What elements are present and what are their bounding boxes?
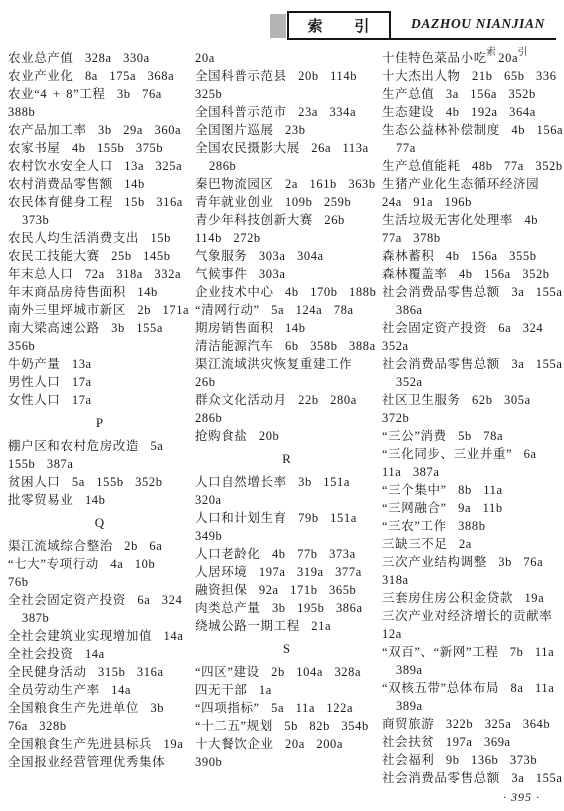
index-entry: 农村饮水安全人口 13a 325a xyxy=(8,157,191,175)
index-entry: 11a 387a xyxy=(382,463,564,481)
index-entry: 人口自然增长率 3b 151a xyxy=(195,473,378,491)
index-entry: 青少年科技创新大赛 26b xyxy=(195,211,378,229)
index-entry: 商贸旅游 322b 325a 364b xyxy=(382,715,564,733)
index-entry: 325b xyxy=(195,85,378,103)
index-entry: 女性人口 17a xyxy=(8,391,191,409)
index-entry: 生活垃圾无害化处理率 4b xyxy=(382,211,564,229)
index-entry: “七大”专项行动 4a 10b xyxy=(8,555,191,573)
index-entry: 农民工技能大赛 25b 145b xyxy=(8,247,191,265)
index-entry: 社会福利 9b 136b 373b xyxy=(382,751,564,769)
index-entry: 农民人均生活消费支出 15b xyxy=(8,229,191,247)
index-entry: 356b xyxy=(8,337,191,355)
section-letter: Q xyxy=(8,514,191,532)
index-entry: 全国粮食生产先进单位 3b xyxy=(8,699,191,717)
index-entry: 全国科普示范市 23a 334a xyxy=(195,103,378,121)
index-entry: 农业产业化 8a 175a 368a xyxy=(8,67,191,85)
index-entry: 十大餐饮企业 20a 200a xyxy=(195,735,378,753)
index-column-2: 20a全国科普示范县 20b 114b325b全国科普示范市 23a 334a全… xyxy=(195,49,378,787)
index-entry: 贫困人口 5a 155b 352b xyxy=(8,473,191,491)
index-entry: 社会消费品零售总额 3a 155a xyxy=(382,355,564,373)
index-entry: 全员劳动生产率 14a xyxy=(8,681,191,699)
index-entry: 76b xyxy=(8,573,191,591)
index-entry: 农民体育健身工程 15b 316a xyxy=(8,193,191,211)
index-entry: 融资担保 92a 171b 365b xyxy=(195,581,378,599)
index-entry: 352a xyxy=(382,337,564,355)
index-entry: 386a xyxy=(382,301,564,319)
index-entry: “四区”建设 2b 104a 328a xyxy=(195,663,378,681)
index-entry: 全国图片巡展 23b xyxy=(195,121,378,139)
index-entry: 生产总值能耗 48b 77a 352b xyxy=(382,157,564,175)
index-entry: 77a 378b xyxy=(382,229,564,247)
index-entry: 388b xyxy=(8,103,191,121)
index-entry: 社会固定资产投资 6a 324 xyxy=(382,319,564,337)
index-entry: 全国粮食生产先进县标兵 19a xyxy=(8,735,191,753)
index-entry: 青年就业创业 109b 259b xyxy=(195,193,378,211)
index-entry: 十大杰出人物 21b 65b 336 xyxy=(382,67,564,85)
index-entry: “清网行动” 5a 124a 78a xyxy=(195,301,378,319)
header-gray-tab xyxy=(270,14,286,38)
index-entry: 26b xyxy=(195,373,378,391)
index-entry: 77a xyxy=(382,139,564,157)
index-entry: 全国科普示范县 20b 114b xyxy=(195,67,378,85)
index-entry: 十佳特色菜品小吃 20a xyxy=(382,49,564,67)
index-entry: 农产品加工率 3b 29a 360a xyxy=(8,121,191,139)
index-entry: “三化同步、三业并重” 6a xyxy=(382,445,564,463)
index-entry: 全社会固定资产投资 6a 324 xyxy=(8,591,191,609)
index-entry: 生猪产业化生态循环经济园 xyxy=(382,175,564,193)
yearbook-index-page: 索 引 DAZHOU NIANJIAN 索 引 农业总产值 328a 330a农… xyxy=(0,0,564,811)
index-entry: 24a 91a 196b xyxy=(382,193,564,211)
index-entry: 绕城公路一期工程 21a xyxy=(195,617,378,635)
index-entry: 389a xyxy=(382,661,564,679)
index-entry: 三次产业对经济增长的贡献率 xyxy=(382,607,564,625)
index-entry: 390b xyxy=(195,753,378,771)
index-entry: 社会消费品零售总额 3a 155a xyxy=(382,769,564,787)
journal-name: DAZHOU NIANJIAN xyxy=(400,16,556,32)
index-entry: 年末总人口 72a 318a 332a xyxy=(8,265,191,283)
index-entry: “双核五带”总体布局 8a 11a xyxy=(382,679,564,697)
index-entry: 三套房住房公积金贷款 19a xyxy=(382,589,564,607)
index-entry: “四项指标” 5a 11a 122a xyxy=(195,699,378,717)
page-header: 索 引 DAZHOU NIANJIAN 索 引 xyxy=(270,11,556,45)
index-entry: “三网融合” 9a 11b xyxy=(382,499,564,517)
index-entry: 社会扶贫 197a 369a xyxy=(382,733,564,751)
index-entry: 肉类总产量 3b 195b 386a xyxy=(195,599,378,617)
index-entry: 三次产业结构调整 3b 76a xyxy=(382,553,564,571)
index-entry: 全民健身活动 315b 316a xyxy=(8,663,191,681)
index-entry: 清洁能源汽车 6b 358b 388a xyxy=(195,337,378,355)
index-entry: “三个集中” 8b 11a xyxy=(382,481,564,499)
index-entry: 南大梁高速公路 3b 155a xyxy=(8,319,191,337)
index-entry: 生产总值 3a 156a 352b xyxy=(382,85,564,103)
index-entry: 生态建设 4b 192a 364a xyxy=(382,103,564,121)
index-entry: 农业“4 + 8”工程 3b 76a xyxy=(8,85,191,103)
index-entry: 群众文化活动月 22b 280a xyxy=(195,391,378,409)
index-entry: 349b xyxy=(195,527,378,545)
index-entry: 全社会建筑业实现增加值 14a xyxy=(8,627,191,645)
index-entry: 批零贸易业 14b xyxy=(8,491,191,509)
index-entry: 286b xyxy=(195,409,378,427)
index-entry: 期房销售面积 14b xyxy=(195,319,378,337)
index-entry: “十二五”规划 5b 82b 354b xyxy=(195,717,378,735)
index-entry: 12a xyxy=(382,625,564,643)
index-entry: 社会消费品零售总额 3a 155a xyxy=(382,283,564,301)
index-entry: 人居环境 197a 319a 377a xyxy=(195,563,378,581)
page-number: · 395 · xyxy=(503,790,540,805)
index-entry: 抢购食盐 20b xyxy=(195,427,378,445)
section-letter: P xyxy=(8,414,191,432)
index-column-3: 十佳特色菜品小吃 20a十大杰出人物 21b 65b 336生产总值 3a 15… xyxy=(382,49,564,787)
section-letter: S xyxy=(195,640,378,658)
section-letter: R xyxy=(195,450,378,468)
index-entry: 373b xyxy=(8,211,191,229)
index-entry: 农业总产值 328a 330a xyxy=(8,49,191,67)
index-entry: 棚户区和农村危房改造 5a xyxy=(8,437,191,455)
index-entry: 318a xyxy=(382,571,564,589)
index-entry: 全国农民摄影大展 26a 113a xyxy=(195,139,378,157)
index-entry: 人口老龄化 4b 77b 373a xyxy=(195,545,378,563)
index-entry: 76a 328b xyxy=(8,717,191,735)
index-entry: 农村消费品零售额 14b xyxy=(8,175,191,193)
index-entry: 352a xyxy=(382,373,564,391)
index-title-box: 索 引 xyxy=(287,11,391,40)
index-entry: 114b 272b xyxy=(195,229,378,247)
index-entry: 155b 387a xyxy=(8,455,191,473)
index-entry: 320a xyxy=(195,491,378,509)
index-entry: 20a xyxy=(195,49,378,67)
index-entry: 人口和计划生育 79b 151a xyxy=(195,509,378,527)
index-entry: 牛奶产量 13a xyxy=(8,355,191,373)
index-entry: 全社会投资 14a xyxy=(8,645,191,663)
index-entry: 男性人口 17a xyxy=(8,373,191,391)
index-entry: 渠江流域综合整治 2b 6a xyxy=(8,537,191,555)
index-entry: “三公”消费 5b 78a xyxy=(382,427,564,445)
index-entry: 社区卫生服务 62b 305a xyxy=(382,391,564,409)
index-entry: 三缺三不足 2a xyxy=(382,535,564,553)
index-entry: 气候事件 303a xyxy=(195,265,378,283)
index-entry: 286b xyxy=(195,157,378,175)
index-entry: 生态公益林补偿制度 4b 156a xyxy=(382,121,564,139)
index-entry: 南外三里坪城市新区 2b 171a xyxy=(8,301,191,319)
index-entry: 389a xyxy=(382,697,564,715)
index-column-1: 农业总产值 328a 330a农业产业化 8a 175a 368a农业“4 + … xyxy=(8,49,191,787)
index-entry: 森林蓄积 4b 156a 355b xyxy=(382,247,564,265)
index-entry: “三农”工作 388b xyxy=(382,517,564,535)
index-entry: 企业技术中心 4b 170b 188b xyxy=(195,283,378,301)
index-entry: 渠江流域洪灾恢复重建工作 xyxy=(195,355,378,373)
index-entry: 387b xyxy=(8,609,191,627)
index-columns: 农业总产值 328a 330a农业产业化 8a 175a 368a农业“4 + … xyxy=(8,49,560,787)
index-entry: 秦巴物流园区 2a 161b 363b xyxy=(195,175,378,193)
index-entry: 372b xyxy=(382,409,564,427)
index-entry: 年末商品房待售面积 14b xyxy=(8,283,191,301)
index-entry: 全国报业经营管理优秀集体 xyxy=(8,753,191,771)
index-title: 索 引 xyxy=(308,15,371,36)
index-entry: 气象服务 303a 304a xyxy=(195,247,378,265)
index-entry: “双百”、“新网”工程 7b 11a xyxy=(382,643,564,661)
index-entry: 森林覆盖率 4b 156a 352b xyxy=(382,265,564,283)
index-entry: 农家书屋 4b 155b 375b xyxy=(8,139,191,157)
index-entry: 四无干部 1a xyxy=(195,681,378,699)
